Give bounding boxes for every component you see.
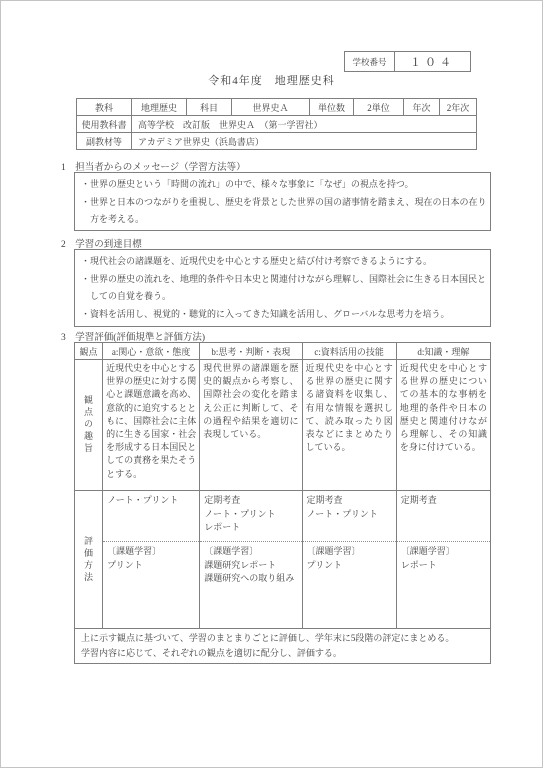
- method-line: 〔課題学習〕: [307, 545, 392, 559]
- methods-task-b: 〔課題学習〕 課題研究レポート 課題研究への取り組み: [200, 542, 302, 629]
- section2-line: ・資料を活用し、視覚的・聴覚的に入ってきた知識を活用し、グローバルな思考力を培う…: [81, 306, 484, 324]
- method-line: ノート・プリント: [107, 494, 195, 508]
- methods-task-row: 〔課題学習〕 プリント 〔課題学習〕 課題研究レポート 課題研究への取り組み 〔…: [75, 542, 491, 629]
- methods-task-a: 〔課題学習〕 プリント: [103, 542, 200, 629]
- column-header-c: c:資料活用の技能: [302, 343, 396, 360]
- textbook-label: 使用教科書: [77, 116, 132, 133]
- textbook-value: 高等学校 改訂版 世界史Ａ （第一学習社）: [132, 116, 477, 133]
- method-line: 〔課題学習〕: [107, 545, 195, 559]
- section2-goals-box: ・現代社会の諸課題を、近現代史を中心とする歴史と結び付け考察できるようにする。 …: [74, 249, 491, 327]
- methods-regular-row: 評価方法 ノート・プリント 定期考査 ノート・プリント レポート 定期考査 ノー…: [75, 491, 491, 542]
- methods-regular-c: 定期考査 ノート・プリント: [302, 491, 396, 542]
- section1-heading: 1 担当者からのメッセージ（学習方法等）: [61, 159, 246, 173]
- subject-area-value: 地理歴史: [132, 99, 187, 116]
- evaluation-notes: 上に示す観点に基づいて、学習のまとまりごとに評価し、学年末に5段階の評定にまとめ…: [75, 629, 491, 664]
- purpose-a: 近現代史を中心とする世界の歴史に対する関心と課題意識を高め、意欲的に追究するとと…: [103, 360, 200, 491]
- purpose-row-label: 観点の趣旨: [75, 360, 103, 491]
- method-line: プリント: [107, 559, 195, 573]
- school-number-value: １０４: [395, 52, 470, 71]
- viewpoint-corner-label: 観点: [75, 343, 103, 360]
- purpose-b: 現代世界の諸課題を歴史的観点から考察し、国際社会の変化を踏まえ公正に判断して、そ…: [200, 360, 302, 491]
- column-header-d: d:知識・理解: [396, 343, 490, 360]
- method-line: ノート・プリント: [307, 508, 392, 522]
- section1-line: 方を考える。: [81, 211, 484, 229]
- course-info-row-2: 使用教科書 高等学校 改訂版 世界史Ａ （第一学習社）: [77, 116, 477, 133]
- syllabus-page: 学校番号 １０４ 令和4年度 地理歴史科 教科 地理歴史 科目 世界史Ａ 単位数…: [0, 0, 543, 768]
- section3-heading: 3 学習評価(評価規準と評価方法): [61, 329, 205, 343]
- method-line: 定期考査: [204, 494, 297, 508]
- method-line: レポート: [401, 559, 486, 573]
- year-value: 2年次: [440, 99, 477, 116]
- viewpoint-purpose-row: 観点の趣旨 近現代史を中心とする世界の歴史に対する関心と課題意識を高め、意欲的に…: [75, 360, 491, 491]
- course-info-row-3: 副教材等 アカデミア世界史（浜島書店）: [77, 133, 477, 150]
- method-row-label: 評価方法: [75, 491, 103, 629]
- page-title: 令和4年度 地理歴史科: [1, 72, 542, 88]
- section2-heading: 2 学習の到達目標: [61, 236, 142, 250]
- credits-value: 2単位: [354, 99, 404, 116]
- school-number-label: 学校番号: [345, 52, 395, 71]
- method-line: 〔課題学習〕: [204, 545, 297, 559]
- evaluation-header-row: 観点 a:関心・意欲・態度 b:思考・判断・表現 c:資料活用の技能 d:知識・…: [75, 343, 491, 360]
- method-line: 課題研究レポート: [204, 559, 297, 573]
- methods-task-d: 〔課題学習〕 レポート: [396, 542, 490, 629]
- note-line: 上に示す観点に基づいて、学習のまとまりごとに評価し、学年末に5段階の評定にまとめ…: [81, 631, 484, 646]
- method-line: ノート・プリント: [204, 508, 297, 522]
- purpose-d: 近現代史を中心とする世界の歴史についての基本的な事柄を地理的条件や日本の歴史と関…: [396, 360, 490, 491]
- method-line: 課題研究への取り組み: [204, 572, 297, 586]
- course-info-row-1: 教科 地理歴史 科目 世界史Ａ 単位数 2単位 年次 2年次: [77, 99, 477, 116]
- methods-regular-d: 定期考査: [396, 491, 490, 542]
- methods-regular-b: 定期考査 ノート・プリント レポート: [200, 491, 302, 542]
- method-line: 定期考査: [401, 494, 486, 508]
- methods-regular-a: ノート・プリント: [103, 491, 200, 542]
- column-header-a: a:関心・意欲・態度: [103, 343, 200, 360]
- column-header-b: b:思考・判断・表現: [200, 343, 302, 360]
- subject-area-label: 教科: [77, 99, 132, 116]
- purpose-c: 近現代史を中心とする世界の歴史に関する諸資料を収集し、有用な情報を選択して、読み…: [302, 360, 396, 491]
- methods-task-c: 〔課題学習〕 プリント: [302, 542, 396, 629]
- method-line: レポート: [204, 521, 297, 535]
- evaluation-notes-row: 上に示す観点に基づいて、学習のまとまりごとに評価し、学年末に5段階の評定にまとめ…: [75, 629, 491, 664]
- section1-message-box: ・世界の歴史という「時間の流れ」の中で、様々な事象に「なぜ」の視点を持つ。 ・世…: [74, 172, 491, 231]
- section2-line: しての自覚を養う。: [81, 288, 484, 306]
- year-label: 年次: [404, 99, 440, 116]
- note-line: 学習内容に応じて、それぞれの観点を適切に配分し、評価する。: [81, 646, 484, 661]
- method-line: 〔課題学習〕: [401, 545, 486, 559]
- course-value: 世界史Ａ: [232, 99, 310, 116]
- credits-label: 単位数: [310, 99, 354, 116]
- school-number-box: 学校番号 １０４: [344, 51, 471, 72]
- course-info-table: 教科 地理歴史 科目 世界史Ａ 単位数 2単位 年次 2年次 使用教科書 高等学…: [76, 98, 477, 150]
- section2-line: ・現代社会の諸課題を、近現代史を中心とする歴史と結び付け考察できるようにする。: [81, 253, 484, 271]
- supplement-value: アカデミア世界史（浜島書店）: [132, 133, 477, 150]
- method-line: プリント: [307, 559, 392, 573]
- course-label: 科目: [187, 99, 232, 116]
- evaluation-table: 観点 a:関心・意欲・態度 b:思考・判断・表現 c:資料活用の技能 d:知識・…: [74, 342, 491, 664]
- section1-line: ・世界と日本のつながりを重視し、歴史を背景とした世界の国の諸事情を踏まえ、現在の…: [81, 194, 484, 212]
- method-line: 定期考査: [307, 494, 392, 508]
- section2-line: ・世界の歴史の流れを、地理的条件や日本史と関連付けながら理解し、国際社会に生きる…: [81, 271, 484, 289]
- supplement-label: 副教材等: [77, 133, 132, 150]
- section1-line: ・世界の歴史という「時間の流れ」の中で、様々な事象に「なぜ」の視点を持つ。: [81, 176, 484, 194]
